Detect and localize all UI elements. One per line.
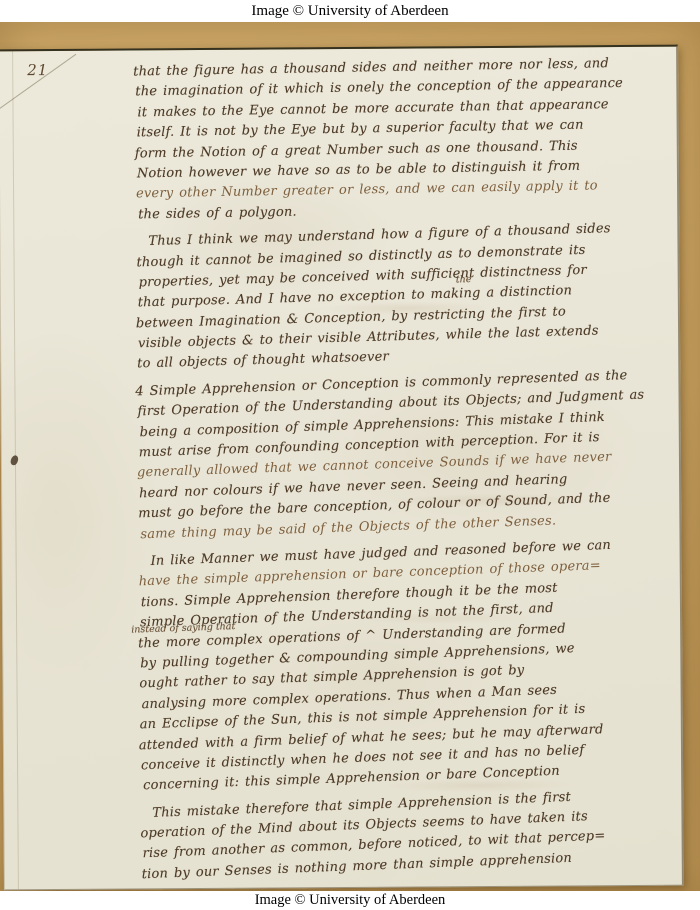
bottom-copyright-banner: Image © University of Aberdeen: [0, 891, 700, 910]
photograph-background: 21 that the figure has a thousand sides …: [0, 22, 700, 891]
paper-fold-line: [12, 51, 19, 889]
manuscript-paragraph: 4 Simple Apprehension or Conception is c…: [135, 379, 672, 546]
manuscript-page: 21 that the figure has a thousand sides …: [0, 45, 684, 891]
manuscript-paragraph: that the figure has a thousand sides and…: [133, 59, 670, 226]
manuscript-line-text: to all objects of thought whatsoever: [137, 350, 389, 372]
manuscript-paragraph: Thus I think we may understand how a fig…: [134, 229, 671, 375]
manuscript-paragraph: This mistake therefore that simple Appre…: [138, 800, 675, 885]
page-number: 21: [27, 61, 48, 79]
interlinear-insertion: the: [456, 275, 472, 285]
ink-blot: [10, 455, 19, 466]
handwritten-text-block: that the figure has a thousand sides and…: [133, 59, 675, 886]
manuscript-line-text: the sides of a polygon.: [138, 204, 297, 222]
top-copyright-banner: Image © University of Aberdeen: [0, 0, 700, 22]
top-copyright-text: Image © University of Aberdeen: [251, 3, 448, 20]
manuscript-paragraph: In like Manner we must have judged and r…: [137, 549, 675, 797]
bottom-copyright-text: Image © University of Aberdeen: [255, 892, 446, 909]
